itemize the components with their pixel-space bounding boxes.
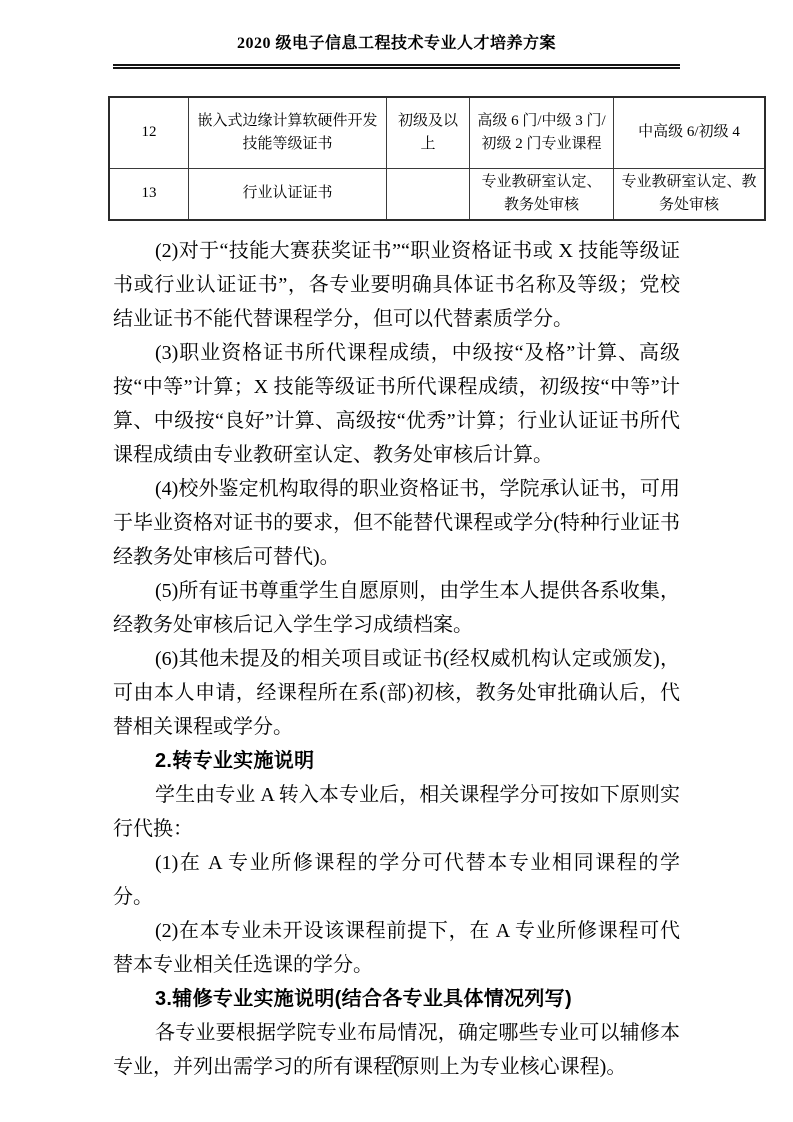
paragraph-item-5: (5)所有证书尊重学生自愿原则，由学生本人提供各系收集，经教务处审核后记入学生学… [113, 574, 680, 642]
page-number: 78 [0, 1052, 793, 1068]
paragraph-item-3: (3)职业资格证书所代课程成绩，中级按“及格”计算、高级按“中等”计算；X 技能… [113, 336, 680, 472]
section-heading-transfer: 2.转专业实施说明 [113, 744, 680, 778]
body-text: (2)对于“技能大赛获奖证书”“职业资格证书或 X 技能等级证书或行业认证证书”… [113, 234, 680, 1084]
paragraph-minor-intro: 各专业要根据学院专业布局情况，确定哪些专业可以辅修本专业，并列出需学习的所有课程… [113, 1016, 680, 1084]
document-page: 2020 级电子信息工程技术专业人才培养方案 12 嵌入式边缘计算软硬件开发技能… [0, 0, 793, 1122]
paragraph-transfer-rule-1: (1)在 A 专业所修课程的学分可代替本专业相同课程的学分。 [113, 846, 680, 914]
cell-requirement: 专业教研室认定、教务处审核 [470, 168, 614, 220]
paragraph-item-2: (2)对于“技能大赛获奖证书”“职业资格证书或 X 技能等级证书或行业认证证书”… [113, 234, 680, 336]
header-rule [113, 64, 680, 69]
cell-credit: 专业教研室认定、教务处审核 [614, 168, 766, 220]
certificates-table: 12 嵌入式边缘计算软硬件开发技能等级证书 初级及以上 高级 6 门/中级 3 … [108, 96, 766, 221]
paragraph-transfer-intro: 学生由专业 A 转入本专业后，相关课程学分可按如下原则实行代换： [113, 778, 680, 846]
cell-row-number: 12 [109, 97, 189, 168]
paragraph-item-6: (6)其他未提及的相关项目或证书(经权威机构认定或颁发)，可由本人申请，经课程所… [113, 642, 680, 744]
table-row: 12 嵌入式边缘计算软硬件开发技能等级证书 初级及以上 高级 6 门/中级 3 … [109, 97, 765, 168]
cell-certificate-name: 嵌入式边缘计算软硬件开发技能等级证书 [189, 97, 387, 168]
cell-level: 初级及以上 [387, 97, 470, 168]
paragraph-transfer-rule-2: (2)在本专业未开设该课程前提下，在 A 专业所修课程可代替本专业相关任选课的学… [113, 914, 680, 982]
page-header-title: 2020 级电子信息工程技术专业人才培养方案 [113, 33, 680, 55]
table-row: 13 行业认证证书 专业教研室认定、教务处审核 专业教研室认定、教务处审核 [109, 168, 765, 220]
paragraph-item-4: (4)校外鉴定机构取得的职业资格证书，学院承认证书，可用于毕业资格对证书的要求，… [113, 472, 680, 574]
cell-row-number: 13 [109, 168, 189, 220]
cell-credit: 中高级 6/初级 4 [614, 97, 766, 168]
cell-requirement: 高级 6 门/中级 3 门/初级 2 门专业课程 [470, 97, 614, 168]
section-heading-minor: 3.辅修专业实施说明(结合各专业具体情况列写) [113, 982, 680, 1016]
page-content: 2020 级电子信息工程技术专业人才培养方案 12 嵌入式边缘计算软硬件开发技能… [113, 33, 680, 1084]
cell-certificate-name: 行业认证证书 [189, 168, 387, 220]
cell-level [387, 168, 470, 220]
